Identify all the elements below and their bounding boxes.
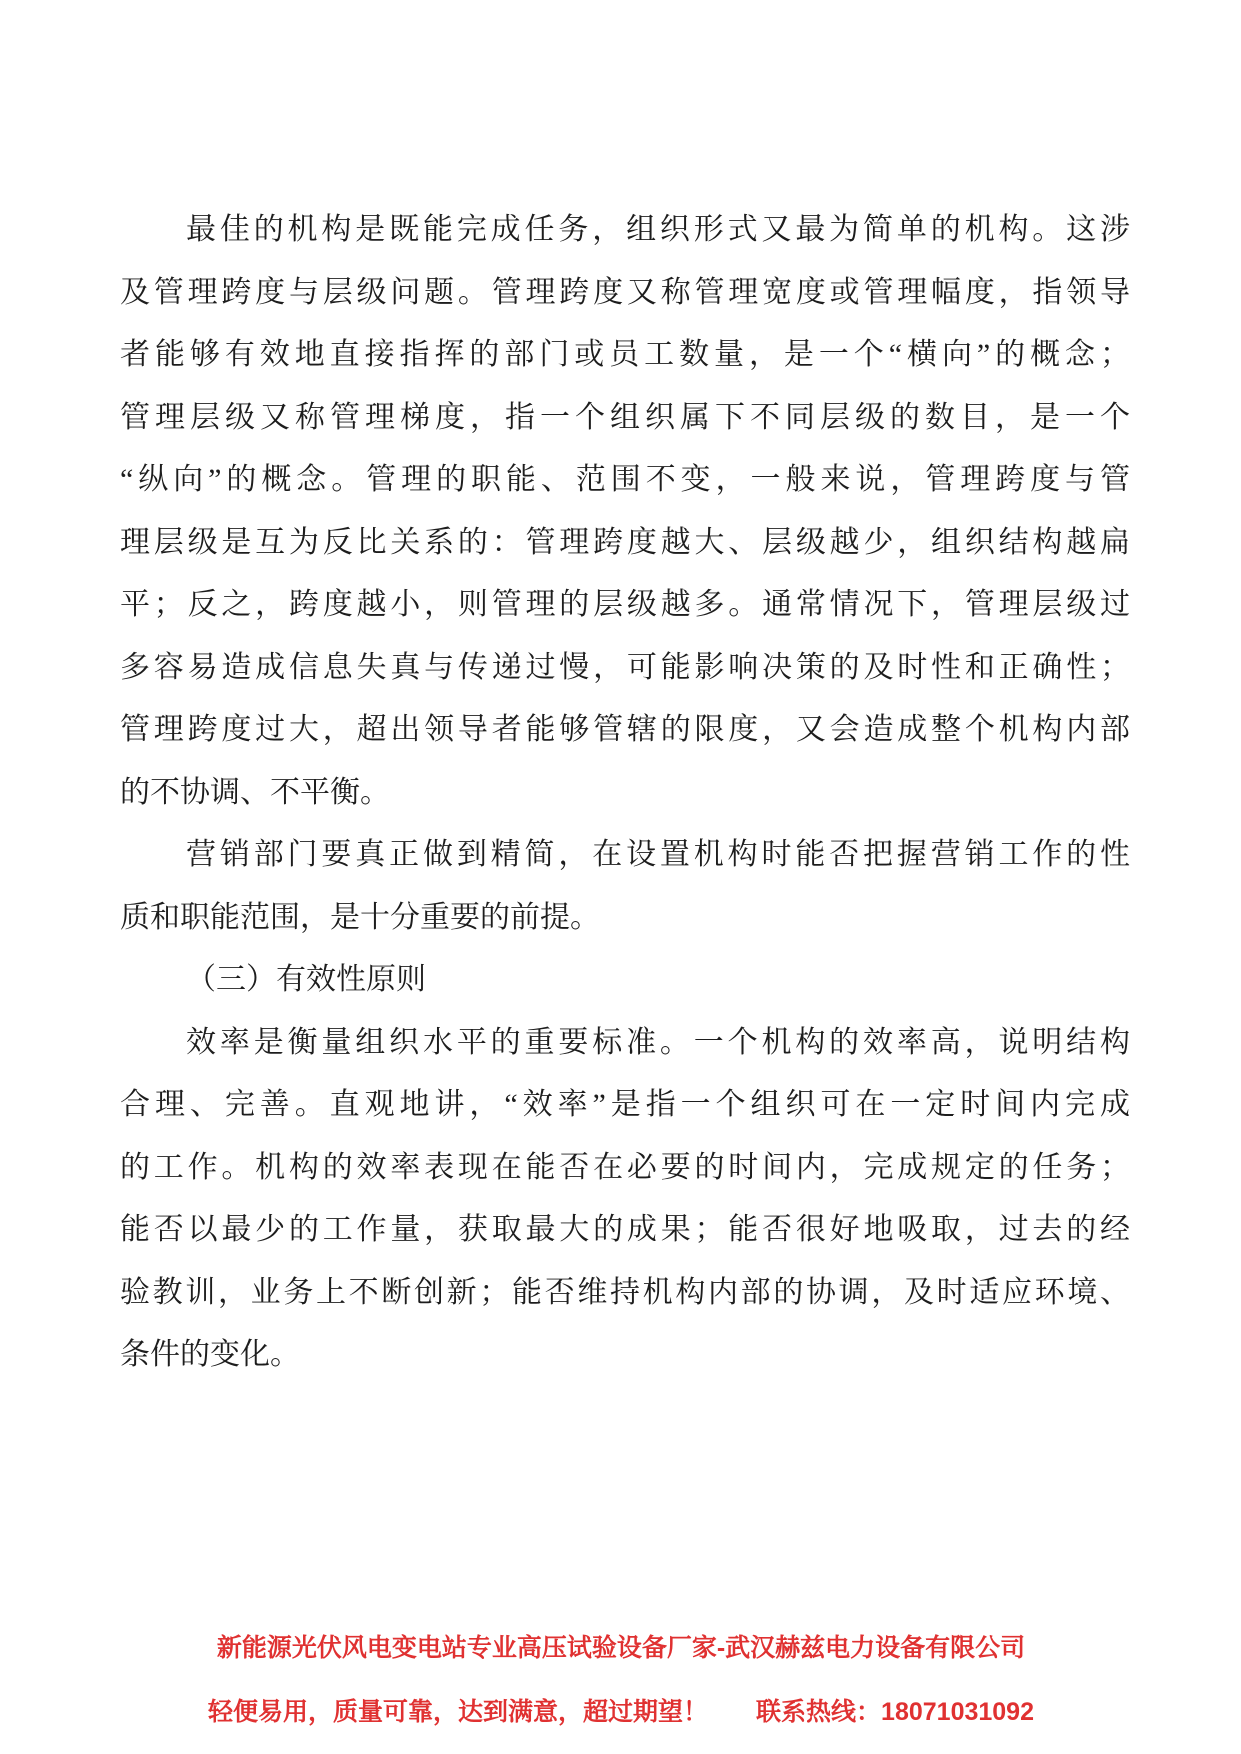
document-body: 最佳的机构是既能完成任务，组织形式又最为简单的机构。这涉及管理跨度与层级问题。管…: [120, 199, 1130, 1387]
text-line: （三）有效性原则: [120, 949, 1130, 1012]
text-line: 理层级是互为反比关系的：管理跨度越大、层级越少，组织结构越扁: [120, 512, 1130, 575]
text-line: 效率是衡量组织水平的重要标准。一个机构的效率高，说明结构: [120, 1012, 1130, 1075]
text-line: 能否以最少的工作量，获取最大的成果；能否很好地吸取，过去的经: [120, 1199, 1130, 1262]
text-line: 验教训，业务上不断创新；能否维持机构内部的协调，及时适应环境、: [120, 1262, 1130, 1325]
paragraph: （三）有效性原则: [120, 949, 1130, 1012]
paragraph: 效率是衡量组织水平的重要标准。一个机构的效率高，说明结构合理、完善。直观地讲，“…: [120, 1012, 1130, 1387]
text-line: 及管理跨度与层级问题。管理跨度又称管理宽度或管理幅度，指领导: [120, 262, 1130, 325]
footer-second-line: 轻便易用，质量可靠，达到满意，超过期望！ 联系热线：18071031092: [208, 1694, 1034, 1730]
text-line: 合理、完善。直观地讲，“效率”是指一个组织可在一定时间内完成: [120, 1074, 1130, 1137]
footer-company-line: 新能源光伏风电变电站专业高压试验设备厂家-武汉赫兹电力设备有限公司: [208, 1630, 1034, 1666]
text-line: “纵向”的概念。管理的职能、范围不变，一般来说，管理跨度与管: [120, 449, 1130, 512]
document-page: 最佳的机构是既能完成任务，组织形式又最为简单的机构。这涉及管理跨度与层级问题。管…: [0, 0, 1241, 1754]
text-line: 营销部门要真正做到精简，在设置机构时能否把握营销工作的性: [120, 824, 1130, 887]
footer: 新能源光伏风电变电站专业高压试验设备厂家-武汉赫兹电力设备有限公司 轻便易用，质…: [208, 1630, 1034, 1730]
text-line: 平；反之，跨度越小，则管理的层级越多。通常情况下，管理层级过: [120, 574, 1130, 637]
footer-slogan: 轻便易用，质量可靠，达到满意，超过期望！: [208, 1694, 708, 1730]
text-line: 者能够有效地直接指挥的部门或员工数量，是一个“横向”的概念；: [120, 324, 1130, 387]
text-line: 多容易造成信息失真与传递过慢，可能影响决策的及时性和正确性；: [120, 637, 1130, 700]
text-line: 管理跨度过大，超出领导者能够管辖的限度，又会造成整个机构内部: [120, 699, 1130, 762]
text-line: 的不协调、不平衡。: [120, 762, 1130, 825]
paragraph: 营销部门要真正做到精简，在设置机构时能否把握营销工作的性质和职能范围，是十分重要…: [120, 824, 1130, 949]
text-line: 条件的变化。: [120, 1324, 1130, 1387]
text-line: 质和职能范围，是十分重要的前提。: [120, 887, 1130, 950]
text-line: 管理层级又称管理梯度，指一个组织属下不同层级的数目，是一个: [120, 387, 1130, 450]
text-line: 的工作。机构的效率表现在能否在必要的时间内，完成规定的任务；: [120, 1137, 1130, 1200]
footer-hotline: 联系热线：18071031092: [756, 1694, 1034, 1730]
paragraph: 最佳的机构是既能完成任务，组织形式又最为简单的机构。这涉及管理跨度与层级问题。管…: [120, 199, 1130, 824]
text-line: 最佳的机构是既能完成任务，组织形式又最为简单的机构。这涉: [120, 199, 1130, 262]
